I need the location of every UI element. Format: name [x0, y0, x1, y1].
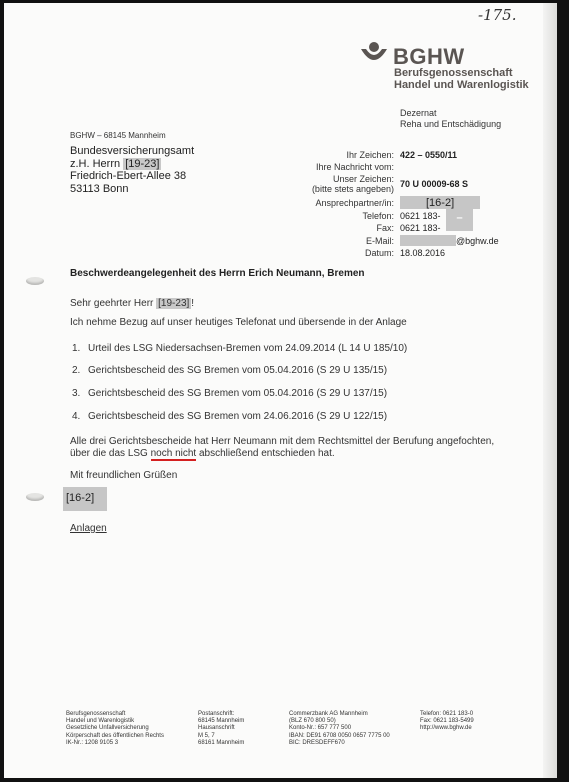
greeting: Mit freundlichen Grüßen — [70, 470, 177, 481]
closing-paragraph-line2: über die das LSG noch nicht abschließend… — [70, 448, 335, 459]
redaction: [19-23] — [123, 158, 161, 170]
intro-paragraph: Ich nehme Bezug auf unser heutiges Telef… — [70, 317, 407, 328]
footer-contact: Telefon: 0621 183-0 Fax: 0621 183-5499 h… — [420, 711, 474, 733]
enclosure-item: 4.Gerichtsbescheid des SG Bremen vom 24.… — [72, 411, 387, 422]
recipient-org: Bundesversicherungsamt — [70, 145, 194, 158]
brand-subtitle-line: Berufsgenossenschaft — [394, 67, 529, 79]
sender-return-address: BGHW – 68145 Mannheim — [70, 131, 166, 140]
recipient-attention: z.H. Herrn [19-23] — [70, 158, 194, 171]
brand-subtitle-line: Handel und Warenlogistik — [394, 79, 529, 91]
redaction — [400, 235, 456, 246]
page-number-annotation: -175. — [478, 6, 516, 24]
letter-subject: Beschwerdeangelegenheit des Herrn Erich … — [70, 268, 365, 279]
red-underline-mark: noch nicht — [151, 448, 197, 461]
enclosure-item: 3.Gerichtsbescheid des SG Bremen vom 05.… — [72, 388, 387, 399]
redaction: – — [446, 209, 473, 231]
attachments-label: Anlagen — [70, 523, 107, 534]
bghw-logo-icon — [360, 41, 388, 65]
letter-page: -175. BGHW Berufsgenossenschaft Handel u… — [4, 3, 557, 778]
brand-subtitle: Berufsgenossenschaft Handel und Warenlog… — [394, 67, 529, 91]
punch-hole-bottom — [26, 493, 44, 501]
recipient-street: Friedrich-Ebert-Allee 38 — [70, 170, 194, 183]
recipient-address: Bundesversicherungsamt z.H. Herrn [19-23… — [70, 145, 194, 195]
department-label: Dezernat — [400, 108, 501, 119]
closing-paragraph-line1: Alle drei Gerichtsbescheide hat Herr Neu… — [70, 436, 494, 447]
footer-address: Postanschrift: 68145 Mannheim Hausanschr… — [198, 711, 244, 747]
enclosure-item: 1.Urteil des LSG Niedersachsen-Bremen vo… — [72, 343, 407, 354]
redaction: [19-23] — [156, 298, 191, 309]
department-name: Reha und Entschädigung — [400, 119, 501, 130]
department: Dezernat Reha und Entschädigung — [400, 108, 501, 130]
scan-shadow — [543, 3, 557, 778]
footer-bank: Commerzbank AG Mannheim (BLZ 670 800 50)… — [289, 711, 390, 747]
enclosure-item: 2.Gerichtsbescheid des SG Bremen vom 05.… — [72, 365, 387, 376]
punch-hole-top — [26, 277, 44, 285]
signature-redaction: [16-2] — [63, 487, 107, 511]
salutation: Sehr geehrter Herr [19-23]! — [70, 298, 194, 309]
footer-organization: Berufsgenossenschaft Handel und Warenlog… — [66, 711, 164, 747]
recipient-city: 53113 Bonn — [70, 183, 194, 196]
